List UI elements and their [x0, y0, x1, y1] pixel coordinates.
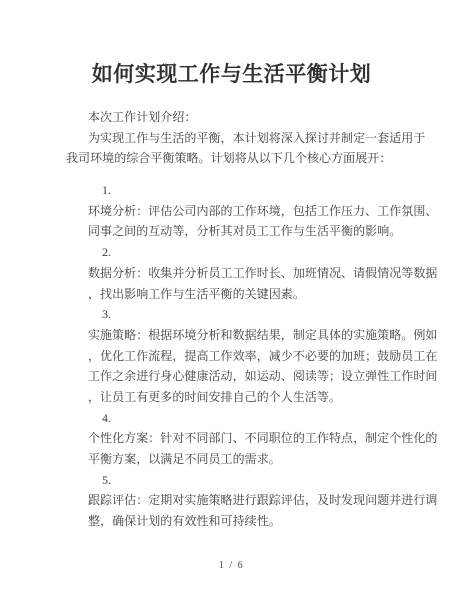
page-number: 1 / 6: [0, 559, 463, 573]
intro-line: 我司环境的综合平衡策略。计划将从以下几个核心方面展开：: [66, 148, 441, 169]
list-line: 跟踪评估：定期对实施策略进行跟踪评估，及时发现问题并进行调: [66, 490, 441, 511]
list-line: 整，确保计划的有效性和可持续性。: [66, 511, 441, 532]
document-body: 本次工作计划介绍： 为实现工作与生活的平衡，本计划将深入探讨并制定一套适用于 我…: [66, 107, 441, 532]
list-line: 数据分析：收集并分析员工工作时长、加班情况、请假情况等数据: [66, 263, 441, 284]
paragraph-spacer: [66, 169, 441, 180]
list-number: 4.: [66, 408, 441, 429]
document-title: 如何实现工作与生活平衡计划: [0, 59, 463, 89]
list-number: 1.: [66, 180, 441, 201]
list-line: ，优化工作流程，提高工作效率，减少不必要的加班；鼓励员工在: [66, 346, 441, 367]
list-number: 3.: [66, 304, 441, 325]
list-line: 平衡方案，以满足不同员工的需求。: [66, 449, 441, 470]
list-line: 环境分析：评估公司内部的工作环境，包括工作压力、工作氛围、: [66, 201, 441, 222]
list-line: 个性化方案：针对不同部门、不同职位的工作特点，制定个性化的: [66, 428, 441, 449]
list-line: ，找出影响工作与生活平衡的关键因素。: [66, 284, 441, 305]
intro-line: 为实现工作与生活的平衡，本计划将深入探讨并制定一套适用于: [66, 128, 441, 149]
list-line: ，让员工有更多的时间安排自己的个人生活等。: [66, 387, 441, 408]
list-number: 2.: [66, 242, 441, 263]
list-number: 5.: [66, 470, 441, 491]
document-page: 如何实现工作与生活平衡计划 本次工作计划介绍： 为实现工作与生活的平衡，本计划将…: [0, 0, 463, 600]
list-line: 同事之间的互动等，分析其对员工工作与生活平衡的影响。: [66, 221, 441, 242]
intro-line: 本次工作计划介绍：: [66, 107, 441, 128]
list-line: 工作之余进行身心健康活动，如运动、阅读等；设立弹性工作时间: [66, 366, 441, 387]
list-line: 实施策略：根据环境分析和数据结果，制定具体的实施策略。例如: [66, 325, 441, 346]
